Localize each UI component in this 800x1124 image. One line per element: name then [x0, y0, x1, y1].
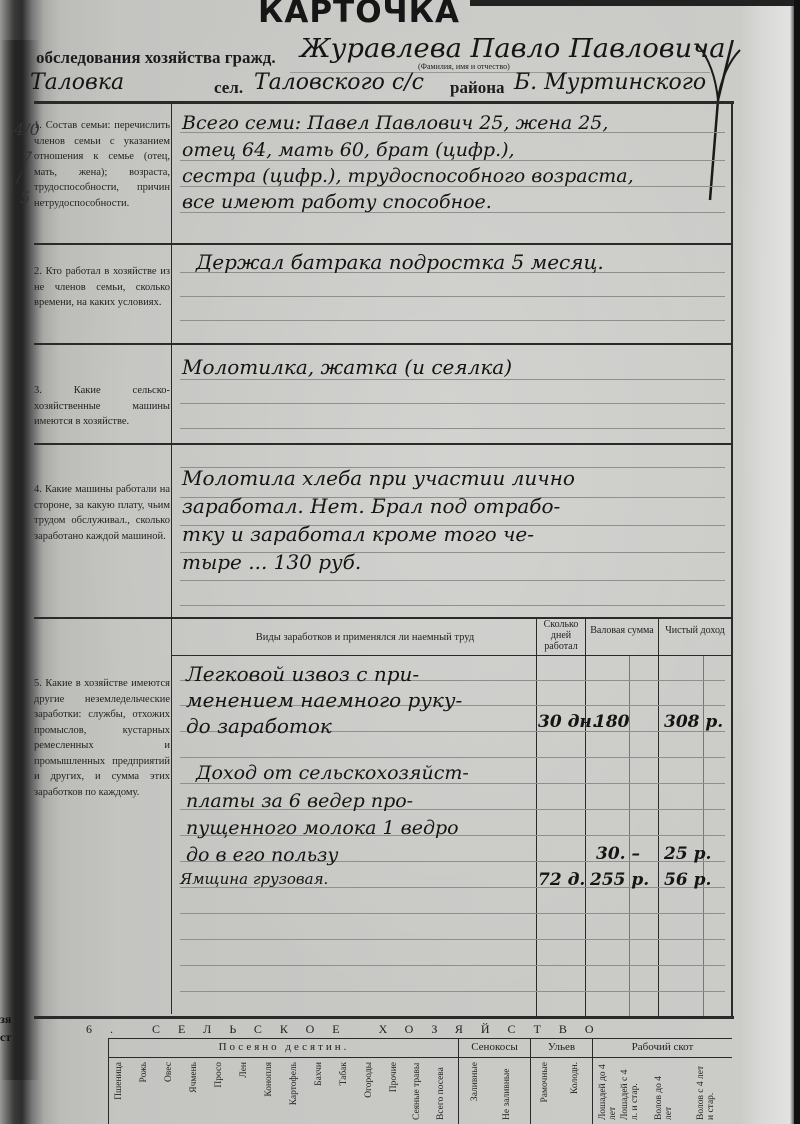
row-divider-4 [34, 617, 732, 619]
col-millet: Просо [214, 1062, 224, 1088]
earnings-header-divider [172, 655, 732, 656]
col-wheat: Пшеница [114, 1062, 124, 1100]
earning-1-kind-line-3: до заработок [186, 714, 332, 738]
question-3: 3. Какие сельско-хозяйственные машины им… [34, 383, 170, 430]
question-4: 4. Какие машины работали на стороне, за … [34, 482, 170, 544]
gross-col-divider [585, 619, 586, 1016]
check-mark-icon [680, 40, 760, 490]
answer-4-line-4: тыре ... 130 руб. [182, 550, 361, 574]
earning-2-kind-line-3: пущенного молока 1 ведро [186, 817, 459, 839]
col-oxen-4-plus: Волов с 4 лет и стар. [696, 1062, 716, 1120]
earning-1-kind-line-2: менением наемного руку- [186, 688, 462, 712]
answer-3-line-1: Молотилка, жатка (и сеялка) [182, 355, 512, 379]
col-horses-4-plus: Лошадей с 4 л. и стар. [620, 1062, 640, 1120]
question-2: 2. Кто работал в хозяйстве из не членов … [34, 264, 170, 311]
row-divider-1 [34, 243, 732, 245]
days-col-divider [536, 619, 537, 1016]
col-potato: Картофель [289, 1062, 299, 1105]
hayfields-group-header: Сенокосы [459, 1041, 530, 1053]
district-name: Б. Муртинского [514, 70, 706, 95]
row-divider-3 [34, 443, 732, 445]
scan-edge-top [470, 0, 800, 6]
col-melons: Бахчи [314, 1062, 324, 1086]
col-barley: Ячмень [189, 1062, 199, 1093]
col-other: Прочие [389, 1062, 399, 1092]
left-edge-fragment-1: зя [0, 1012, 11, 1027]
col-not-flooded: Не заливные [502, 1062, 512, 1120]
table-top-border [34, 101, 734, 104]
margin-note-2: 7 [22, 148, 32, 167]
answer-1-line-3: сестра (цифр.), трудоспособного возраста… [182, 165, 634, 187]
col-oxen-under-4: Волов до 4 лет [654, 1062, 674, 1120]
col-flooded: Заливные [470, 1062, 480, 1101]
earning-2-net: 25 р. [664, 844, 711, 864]
col-gardens: Огороды [364, 1062, 374, 1098]
col-flax: Лен [239, 1062, 249, 1078]
answer-1-line-1: Всего семи: Павел Павлович 25, жена 25, [182, 112, 608, 134]
earning-1-days: 30 дн. [538, 712, 598, 732]
earning-2-kind-line-2: платы за 6 ведер про- [186, 790, 413, 812]
earning-2-kind-line-1: Доход от сельскохозяйст- [196, 762, 469, 784]
table-left-border [32, 101, 33, 1016]
sown-group-header: Посеяно десятин. [110, 1041, 458, 1053]
col-total-sown: Всего посева [436, 1062, 446, 1120]
earning-3-kind-line-1: Ямщина грузовая. [180, 870, 328, 888]
selsovet-name: Таловского с/с [254, 70, 424, 95]
earnings-net-header: Чистый доход [660, 625, 730, 636]
col-rye: Рожь [139, 1062, 149, 1082]
earning-3-days: 72 д. [538, 870, 585, 890]
earning-2-kind-line-4: до в его пользу [186, 844, 338, 866]
scan-edge-right [794, 0, 800, 1124]
col-sown-grass: Сеяные травы [412, 1062, 422, 1120]
margin-note-3: / [16, 168, 21, 187]
table-right-border [731, 101, 733, 1016]
document-scan: КАРТОЧКА обследования хозяйства гражд. Ж… [0, 0, 800, 1124]
earnings-gross-header: Валовая сумма [588, 625, 656, 636]
selsovet-label: сел. [214, 78, 243, 98]
earning-3-gross: 255 р. [590, 870, 649, 890]
earnings-days-header: Сколько дней работал [537, 619, 585, 652]
earning-1-kind-line-1: Легковой извоз с при- [186, 662, 419, 686]
earning-3-net: 56 р. [664, 870, 711, 890]
question-5: 5. Какие в хозяйстве имеются другие незе… [34, 676, 170, 800]
col-frame-hives: Рамочные [540, 1062, 550, 1102]
answer-2-line-1: Держал батрака подростка 5 месяц. [196, 250, 604, 274]
card-title: КАРТОЧКА [258, 0, 460, 30]
livestock-group-header: Рабочий скот [593, 1041, 732, 1053]
answer-4-line-2: заработал. Нет. Брал под отрабо- [182, 494, 560, 518]
district-label: района [450, 78, 505, 98]
col-log-hives: Колодн. [570, 1062, 580, 1094]
col-oats: Овес [164, 1062, 174, 1082]
col-horses-under-4: Лошадей до 4 лет [598, 1062, 618, 1120]
col-tobacco: Табак [339, 1062, 349, 1085]
row-divider-5 [34, 1016, 734, 1019]
owner-name: Журавлева Павло Павловича [300, 34, 726, 64]
col-hemp: Конопля [264, 1062, 274, 1097]
row-divider-2 [34, 343, 732, 345]
earning-2-gross: 30. – [596, 844, 640, 864]
net-col-divider [658, 619, 659, 1016]
earnings-kind-header: Виды заработков и применялся ли наемный … [200, 632, 530, 643]
earning-1-net: 308 р. [664, 712, 723, 732]
answer-4-line-1: Молотила хлеба при участии лично [182, 466, 575, 490]
name-caption: (Фамилия, имя и отчество) [418, 62, 510, 71]
answer-1-line-2: отец 64, мать 60, брат (цифр.), [182, 139, 515, 161]
question-1: 1. Состав семьи: перечислить членов семь… [34, 118, 170, 211]
question-column-divider [171, 104, 172, 1014]
survey-label: обследования хозяйства гражд. [36, 48, 276, 68]
village-name: Таловка [30, 70, 124, 95]
answer-4-line-3: тку и заработал кроме того че- [182, 522, 534, 546]
left-edge-fragment-2: ст [0, 1030, 11, 1045]
answer-1-line-4: все имеют работу способное. [182, 191, 492, 213]
margin-note-4: 5 [20, 188, 30, 207]
earning-1-gross: 180 [594, 712, 630, 732]
section6-title: 6. СЕЛЬСКОЕ ХОЗЯЙСТВО [86, 1022, 776, 1037]
hives-group-header: Ульев [531, 1041, 592, 1053]
